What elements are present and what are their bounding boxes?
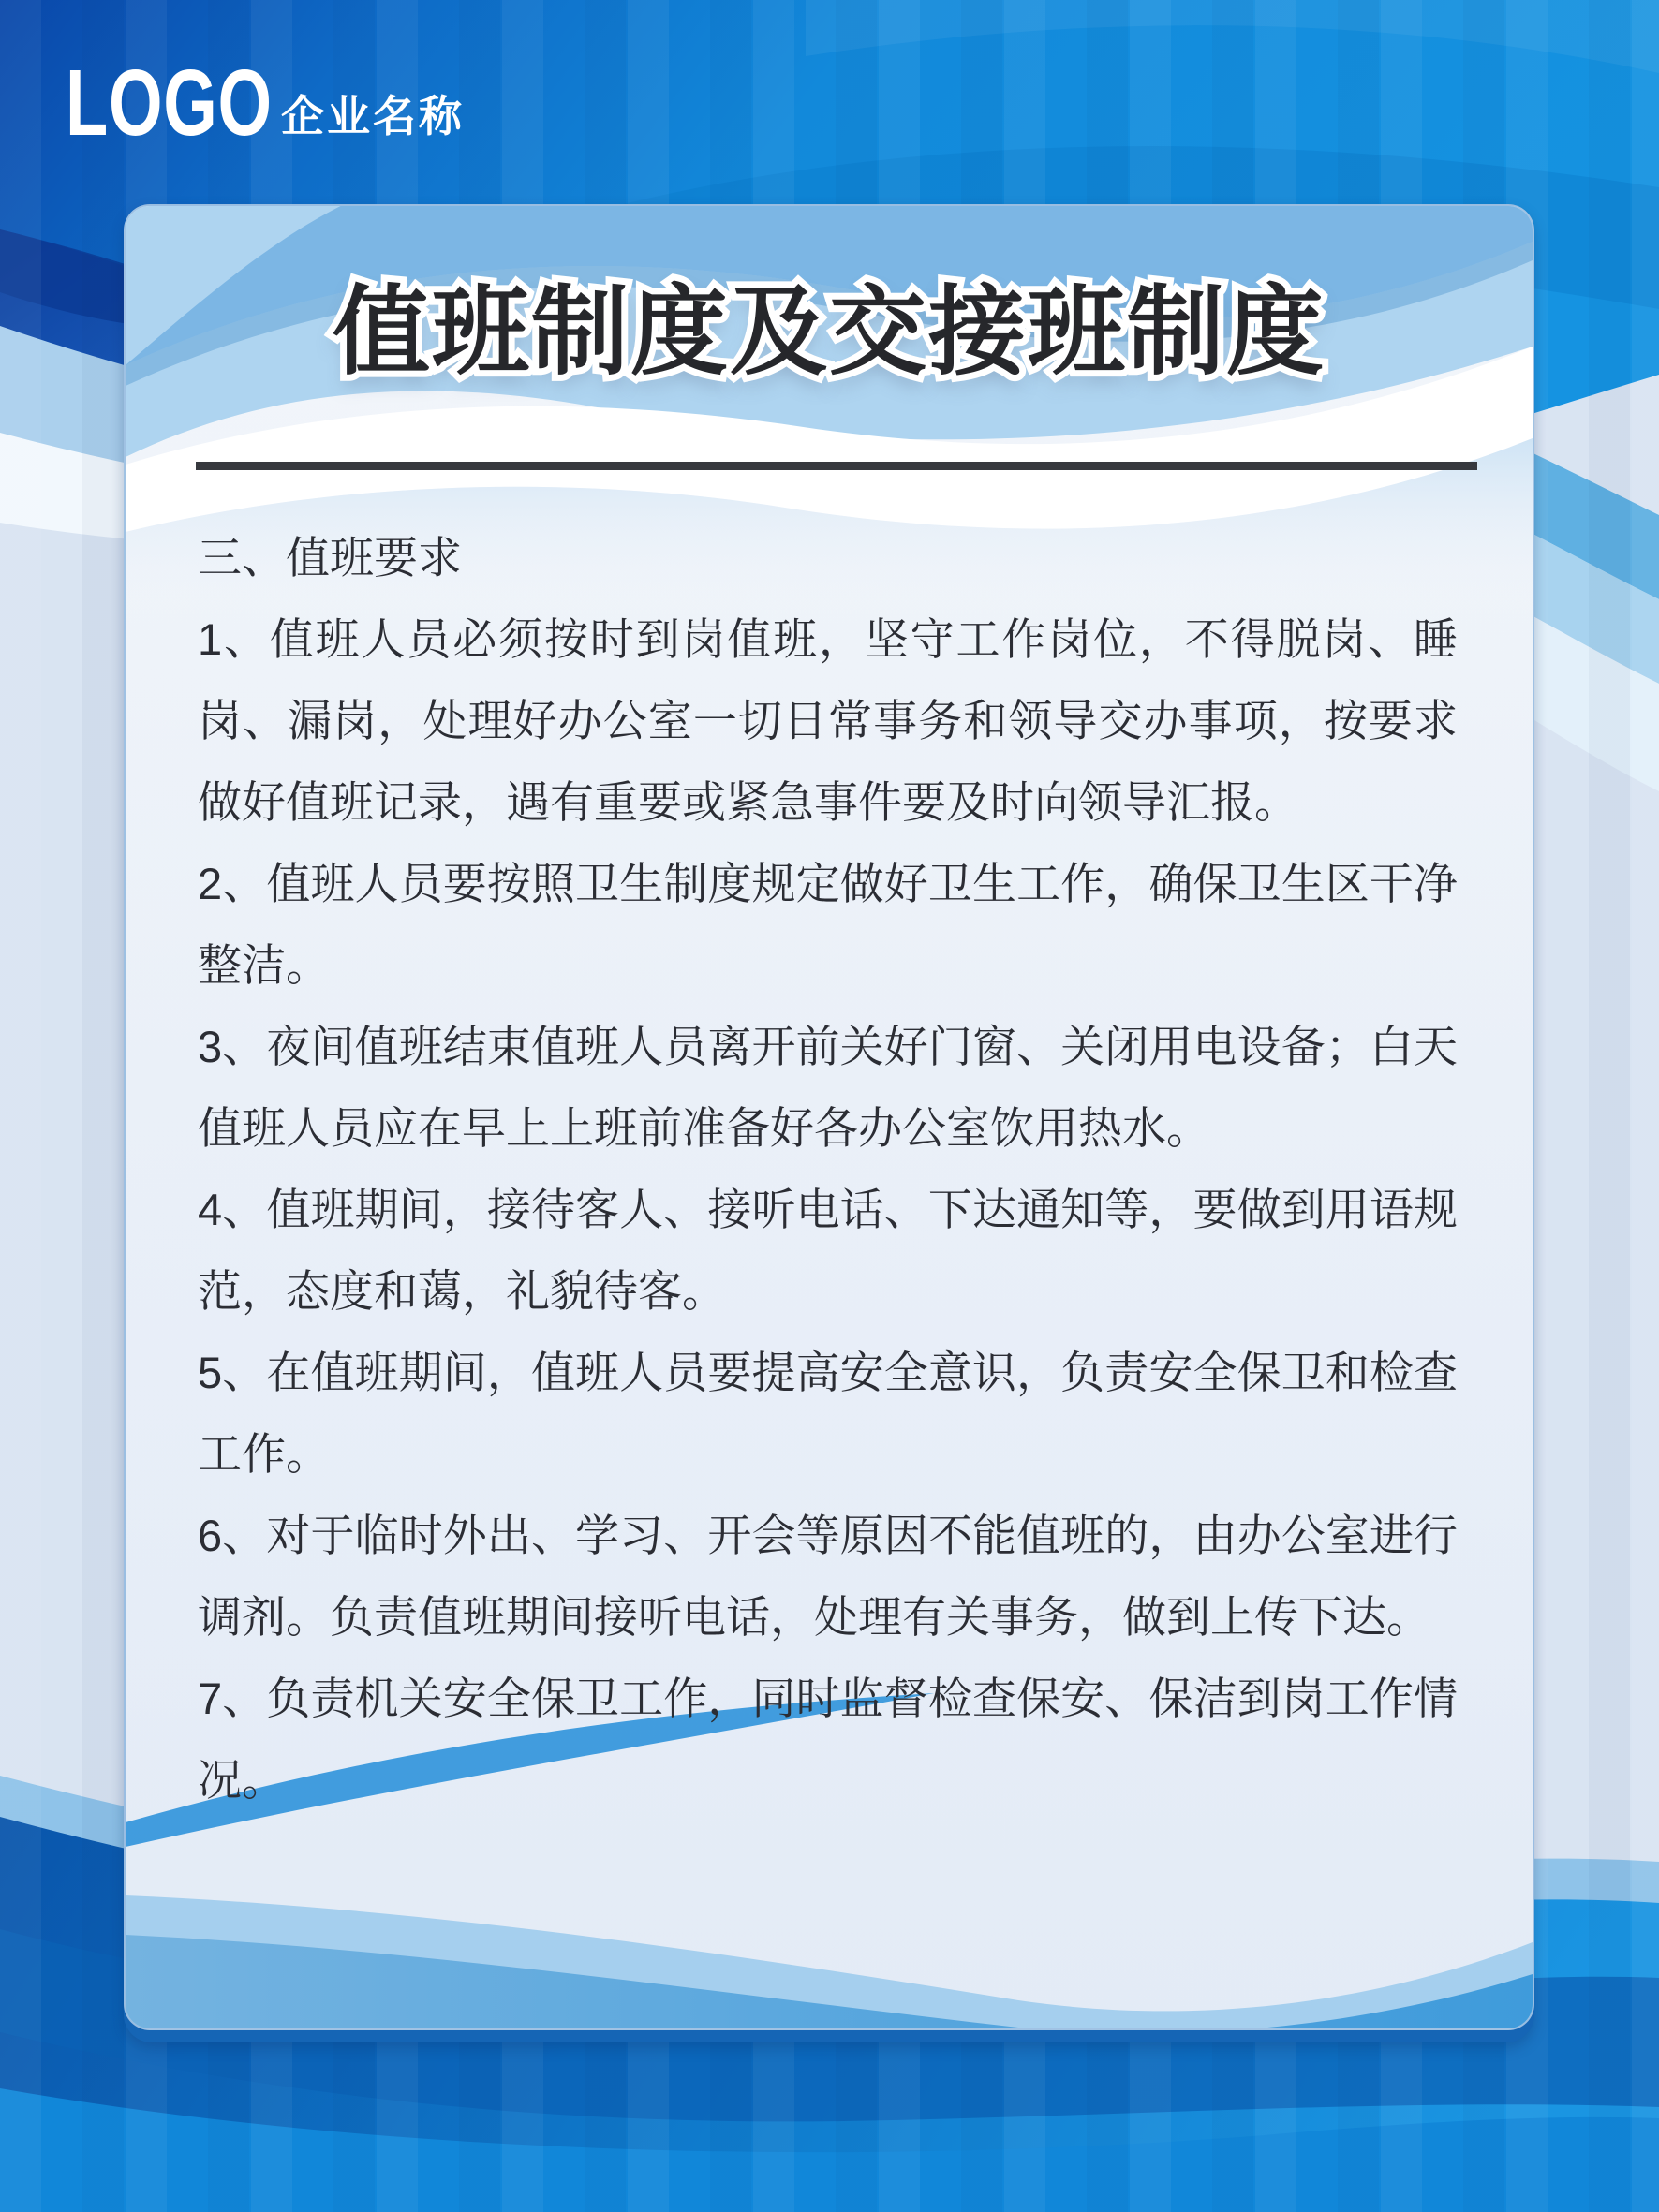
rule-item: 4、值班期间，接待客人、接听电话、下达通知等，要做到用语规范，态度和蔼，礼貌待客… xyxy=(198,1169,1458,1332)
title-divider xyxy=(196,462,1477,470)
board-title-text: 值班制度及交接班制度 xyxy=(126,272,1533,393)
logo-text: LOGO xyxy=(66,66,273,140)
header: LOGO 企业名称 xyxy=(66,62,465,140)
rules-text: 三、值班要求 1、值班人员必须按时到岗值班，坚守工作岗位，不得脱岗、睡岗、漏岗，… xyxy=(198,517,1458,1821)
section-heading: 三、值班要求 xyxy=(198,517,1458,598)
rule-item: 7、负责机关安全保卫工作，同时监督检查保安、保洁到岗工作情况。 xyxy=(198,1658,1458,1821)
board-title: 值班制度及交接班制度 值班制度及交接班制度 xyxy=(126,272,1533,412)
rule-item: 5、在值班期间，值班人员要提高安全意识，负责安全保卫和检查工作。 xyxy=(198,1332,1458,1495)
duty-system-poster: LOGO 企业名称 xyxy=(0,0,1659,2212)
rule-item: 3、夜间值班结束值班人员离开前关好门窗、关闭用电设备；白天值班人员应在早上上班前… xyxy=(198,1006,1458,1169)
company-name: 企业名称 xyxy=(281,95,465,140)
rule-item: 1、值班人员必须按时到岗值班，坚守工作岗位，不得脱岗、睡岗、漏岗，处理好办公室一… xyxy=(198,598,1458,843)
rule-item: 2、值班人员要按照卫生制度规定做好卫生工作，确保卫生区干净整洁。 xyxy=(198,843,1458,1006)
rules-board-frame: 值班制度及交接班制度 值班制度及交接班制度 三、值班要求 1、值班人员必须按时到… xyxy=(124,204,1534,2042)
rules-board: 值班制度及交接班制度 值班制度及交接班制度 三、值班要求 1、值班人员必须按时到… xyxy=(124,204,1534,2030)
rule-item: 6、对于临时外出、学习、开会等原因不能值班的，由办公室进行调剂。负责值班期间接听… xyxy=(198,1495,1458,1658)
logo: LOGO xyxy=(66,62,270,140)
